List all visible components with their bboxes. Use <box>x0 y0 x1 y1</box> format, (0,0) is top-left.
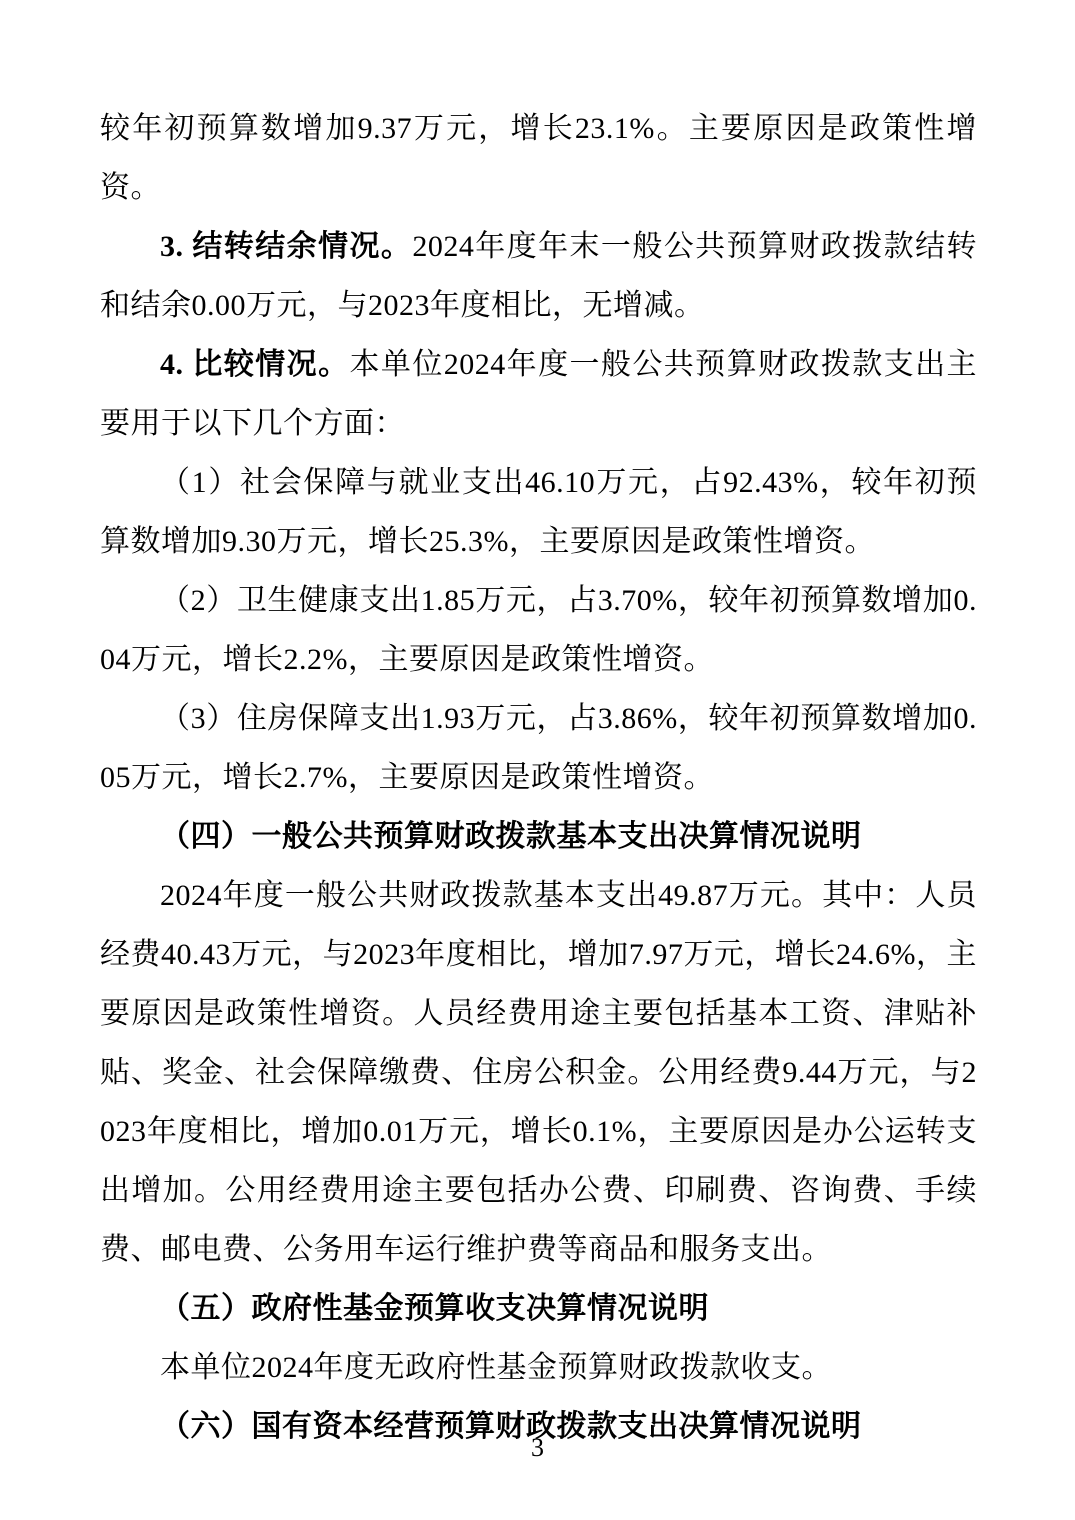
page-number: 3 <box>0 1433 1075 1463</box>
document-page: 较年初预算数增加9.37万元，增长23.1%。主要原因是政策性增资。3. 结转结… <box>0 0 1075 1520</box>
paragraph-lead: 3. 结转结余情况。 <box>160 230 412 263</box>
paragraph: （2）卫生健康支出1.85万元，占3.70%，较年初预算数增加0.04万元，增长… <box>100 571 977 689</box>
paragraph: 3. 结转结余情况。2024年度年末一般公共预算财政拨款结转和结余0.00万元，… <box>100 217 977 335</box>
paragraph: 本单位2024年度无政府性基金预算财政拨款收支。 <box>100 1338 977 1397</box>
paragraph: 较年初预算数增加9.37万元，增长23.1%。主要原因是政策性增资。 <box>100 99 977 217</box>
section-heading: （四）一般公共预算财政拨款基本支出决算情况说明 <box>100 807 977 866</box>
paragraph-lead: 4. 比较情况。 <box>160 348 350 381</box>
paragraph: （3）住房保障支出1.93万元，占3.86%，较年初预算数增加0.05万元，增长… <box>100 689 977 807</box>
section-heading: （五）政府性基金预算收支决算情况说明 <box>100 1279 977 1338</box>
paragraph: （1）社会保障与就业支出46.10万元，占92.43%，较年初预算数增加9.30… <box>100 453 977 571</box>
paragraph: 2024年度一般公共财政拨款基本支出49.87万元。其中：人员经费40.43万元… <box>100 866 977 1279</box>
paragraph: 4. 比较情况。本单位2024年度一般公共预算财政拨款支出主要用于以下几个方面： <box>100 335 977 453</box>
document-body: 较年初预算数增加9.37万元，增长23.1%。主要原因是政策性增资。3. 结转结… <box>100 99 977 1456</box>
